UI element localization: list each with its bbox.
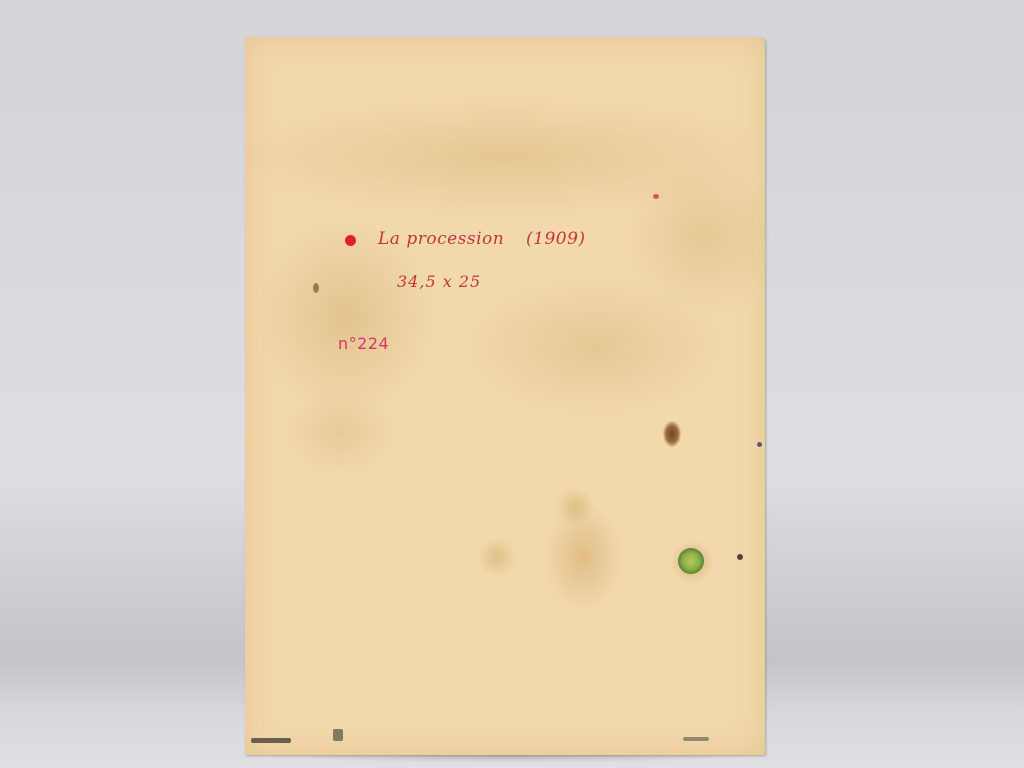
inscription-title: La procession: [378, 229, 504, 249]
paint-speck-blue: [757, 442, 762, 447]
inscription-dimensions: 34,5 x 25: [397, 272, 481, 291]
stain-bottom-center-3: [477, 537, 517, 577]
red-marker-dot: [345, 235, 356, 246]
stain-top-band: [245, 97, 765, 217]
painting-board-back: La procession (1909) 34,5 x 25 n°224: [245, 37, 765, 755]
inscription-year: (1909): [526, 229, 586, 249]
edge-wear-bottom-left-2: [333, 729, 343, 741]
paint-spot-green-halo: [670, 540, 714, 584]
inscription-inventory-number: n°224: [338, 334, 389, 353]
stain-bottom-center-2: [555, 487, 595, 527]
stain-right: [625, 157, 765, 317]
mark-small-left: [313, 283, 319, 293]
stain-bottom-center-1: [543, 502, 623, 612]
paint-spot-green: [678, 548, 704, 574]
stain-lower-left: [285, 387, 395, 477]
stain-mid: [465, 277, 725, 417]
paint-speck-dark: [737, 554, 743, 560]
paint-spot-brown: [663, 421, 681, 447]
edge-wear-bottom-right: [683, 737, 709, 741]
edge-wear-bottom-left: [251, 738, 291, 743]
paint-speck-red: [653, 194, 659, 199]
